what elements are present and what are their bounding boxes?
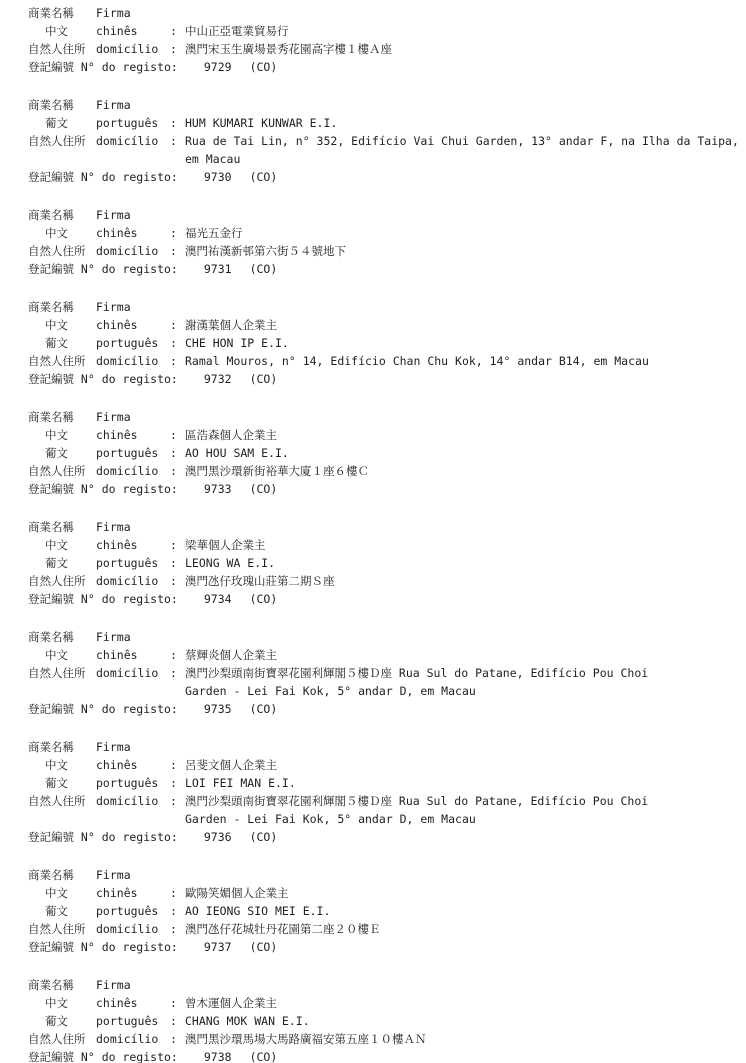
registry-entry: 商業名稱 Firma 中文 chinês : 謝漢葉個人企業主 葡文 portu… bbox=[0, 298, 746, 388]
colon-separator: : bbox=[170, 994, 185, 1012]
address-label-pt: domicílio bbox=[96, 920, 170, 938]
address-label-zh: 自然人住所 bbox=[28, 352, 96, 370]
firm-label-zh: 商業名稱 bbox=[28, 4, 96, 22]
portuguese-name-value: HUM KUMARI KUNWAR E.I. bbox=[185, 114, 746, 132]
registration-label: 登記編號 N° do registo: bbox=[28, 168, 178, 186]
registration-suffix: (CO) bbox=[250, 168, 278, 186]
portuguese-name-row: 葡文 português : LEONG WA E.I. bbox=[0, 554, 746, 572]
chinese-label-pt: chinês bbox=[96, 224, 170, 242]
portuguese-name-row: 葡文 português : CHE HON IP E.I. bbox=[0, 334, 746, 352]
colon-separator: : bbox=[170, 536, 185, 554]
portuguese-name-value: AO IEONG SIO MEI E.I. bbox=[185, 902, 746, 920]
chinese-label-zh: 中文 bbox=[28, 884, 96, 902]
registration-number: 9733 bbox=[204, 480, 232, 498]
portuguese-name-row: 葡文 português : CHANG MOK WAN E.I. bbox=[0, 1012, 746, 1030]
address-row: 自然人住所 domicílio : 澳門沙梨頭南街寶翠花園利輝閣５樓Ｄ座 Rua… bbox=[0, 664, 746, 682]
registration-label: 登記編號 N° do registo: bbox=[28, 590, 178, 608]
registration-number: 9731 bbox=[204, 260, 232, 278]
registration-label: 登記編號 N° do registo: bbox=[28, 1048, 178, 1063]
firm-label-pt: Firma bbox=[96, 206, 170, 224]
address-line: 澳門沙梨頭南街寶翠花園利輝閣５樓Ｄ座 Rua Sul do Patane, Ed… bbox=[185, 792, 746, 810]
colon-separator: : bbox=[170, 1030, 185, 1048]
colon-separator: : bbox=[170, 334, 185, 352]
address-line: 澳門祐漢新邨第六街５４號地下 bbox=[185, 242, 746, 260]
firm-header-row: 商業名稱 Firma bbox=[0, 206, 746, 224]
registry-entry: 商業名稱 Firma 中文 chinês : 歐陽笑媚個人企業主 葡文 port… bbox=[0, 866, 746, 956]
address-line: Garden - Lei Fai Kok, 5° andar D, em Mac… bbox=[185, 810, 746, 828]
firm-label-pt: Firma bbox=[96, 866, 170, 884]
portuguese-label-pt: português bbox=[96, 774, 170, 792]
portuguese-name-value: CHANG MOK WAN E.I. bbox=[185, 1012, 746, 1030]
registration-label: 登記編號 N° do registo: bbox=[28, 480, 178, 498]
chinese-name-value: 中山正亞電業貿易行 bbox=[185, 22, 746, 40]
colon-separator: : bbox=[170, 242, 185, 260]
colon-separator: : bbox=[170, 352, 185, 370]
chinese-name-row: 中文 chinês : 福光五金行 bbox=[0, 224, 746, 242]
firm-label-pt: Firma bbox=[96, 738, 170, 756]
registration-number: 9734 bbox=[204, 590, 232, 608]
firm-header-row: 商業名稱 Firma bbox=[0, 866, 746, 884]
address-continuation-indent bbox=[28, 150, 185, 168]
registration-suffix: (CO) bbox=[250, 58, 278, 76]
firm-header-row: 商業名稱 Firma bbox=[0, 738, 746, 756]
portuguese-label-zh: 葡文 bbox=[28, 334, 96, 352]
chinese-name-value: 梁華個人企業主 bbox=[185, 536, 746, 554]
chinese-name-row: 中文 chinês : 中山正亞電業貿易行 bbox=[0, 22, 746, 40]
address-row: 自然人住所 domicílio : 澳門氹仔玫瑰山莊第二期Ｓ座 bbox=[0, 572, 746, 590]
address-line: 澳門沙梨頭南街寶翠花園利輝閣５樓Ｄ座 Rua Sul do Patane, Ed… bbox=[185, 664, 746, 682]
registration-number: 9730 bbox=[204, 168, 232, 186]
firm-header-row: 商業名稱 Firma bbox=[0, 96, 746, 114]
address-line: 澳門宋玉生廣場景秀花園高字樓１樓Ａ座 bbox=[185, 40, 746, 58]
address-line: 澳門黑沙環新街裕華大廈１座６樓Ｃ bbox=[185, 462, 746, 480]
chinese-name-value: 蔡輝炎個人企業主 bbox=[185, 646, 746, 664]
registration-number: 9735 bbox=[204, 700, 232, 718]
registration-row: 登記編號 N° do registo: 9735 (CO) bbox=[0, 700, 746, 718]
chinese-label-pt: chinês bbox=[96, 22, 170, 40]
address-label-pt: domicílio bbox=[96, 1030, 170, 1048]
address-continuation-indent bbox=[28, 810, 185, 828]
address-label-zh: 自然人住所 bbox=[28, 242, 96, 260]
colon-separator: : bbox=[170, 132, 185, 150]
registration-number: 9729 bbox=[204, 58, 232, 76]
portuguese-label-zh: 葡文 bbox=[28, 774, 96, 792]
portuguese-label-pt: português bbox=[96, 554, 170, 572]
registry-entry: 商業名稱 Firma 中文 chinês : 中山正亞電業貿易行 自然人住所 d… bbox=[0, 4, 746, 76]
firm-header-row: 商業名稱 Firma bbox=[0, 408, 746, 426]
registration-suffix: (CO) bbox=[250, 260, 278, 278]
registration-suffix: (CO) bbox=[250, 480, 278, 498]
registration-row: 登記編號 N° do registo: 9736 (CO) bbox=[0, 828, 746, 846]
firm-header-row: 商業名稱 Firma bbox=[0, 298, 746, 316]
address-label-pt: domicílio bbox=[96, 792, 170, 810]
registration-suffix: (CO) bbox=[250, 370, 278, 388]
portuguese-label-zh: 葡文 bbox=[28, 902, 96, 920]
address-row: 自然人住所 domicílio : 澳門祐漢新邨第六街５４號地下 bbox=[0, 242, 746, 260]
registration-label: 登記編號 N° do registo: bbox=[28, 58, 178, 76]
chinese-label-zh: 中文 bbox=[28, 756, 96, 774]
colon-separator: : bbox=[170, 920, 185, 938]
firm-label-pt: Firma bbox=[96, 976, 170, 994]
address-label-zh: 自然人住所 bbox=[28, 1030, 96, 1048]
registry-entry: 商業名稱 Firma 中文 chinês : 梁華個人企業主 葡文 portug… bbox=[0, 518, 746, 608]
firm-label-zh: 商業名稱 bbox=[28, 96, 96, 114]
colon-separator: : bbox=[170, 774, 185, 792]
chinese-label-pt: chinês bbox=[96, 536, 170, 554]
address-label-zh: 自然人住所 bbox=[28, 792, 96, 810]
address-label-zh: 自然人住所 bbox=[28, 920, 96, 938]
registration-number: 9738 bbox=[204, 1048, 232, 1063]
portuguese-name-value: AO HOU SAM E.I. bbox=[185, 444, 746, 462]
firm-header-row: 商業名稱 Firma bbox=[0, 628, 746, 646]
registration-label: 登記編號 N° do registo: bbox=[28, 700, 178, 718]
address-continuation-indent bbox=[28, 682, 185, 700]
firm-header-row: 商業名稱 Firma bbox=[0, 976, 746, 994]
chinese-label-pt: chinês bbox=[96, 994, 170, 1012]
address-row: 自然人住所 domicílio : 澳門沙梨頭南街寶翠花園利輝閣５樓Ｄ座 Rua… bbox=[0, 792, 746, 810]
colon-separator: : bbox=[170, 646, 185, 664]
chinese-name-value: 歐陽笑媚個人企業主 bbox=[185, 884, 746, 902]
chinese-name-row: 中文 chinês : 曾木運個人企業主 bbox=[0, 994, 746, 1012]
firm-label-zh: 商業名稱 bbox=[28, 628, 96, 646]
firm-label-pt: Firma bbox=[96, 96, 170, 114]
address-label-zh: 自然人住所 bbox=[28, 664, 96, 682]
colon-separator: : bbox=[170, 756, 185, 774]
registration-label: 登記編號 N° do registo: bbox=[28, 370, 178, 388]
firm-label-zh: 商業名稱 bbox=[28, 738, 96, 756]
registration-number: 9732 bbox=[204, 370, 232, 388]
registration-row: 登記編號 N° do registo: 9733 (CO) bbox=[0, 480, 746, 498]
portuguese-name-row: 葡文 português : HUM KUMARI KUNWAR E.I. bbox=[0, 114, 746, 132]
chinese-name-row: 中文 chinês : 呂斐文個人企業主 bbox=[0, 756, 746, 774]
registration-label: 登記編號 N° do registo: bbox=[28, 828, 178, 846]
address-row: 自然人住所 domicílio : 澳門黑沙環新街裕華大廈１座６樓Ｃ bbox=[0, 462, 746, 480]
portuguese-label-pt: português bbox=[96, 334, 170, 352]
portuguese-name-value: CHE HON IP E.I. bbox=[185, 334, 746, 352]
chinese-label-pt: chinês bbox=[96, 426, 170, 444]
registration-row: 登記編號 N° do registo: 9730 (CO) bbox=[0, 168, 746, 186]
firm-header-row: 商業名稱 Firma bbox=[0, 4, 746, 22]
chinese-label-zh: 中文 bbox=[28, 994, 96, 1012]
address-label-pt: domicílio bbox=[96, 242, 170, 260]
portuguese-name-row: 葡文 português : AO IEONG SIO MEI E.I. bbox=[0, 902, 746, 920]
address-row: 自然人住所 domicílio : Ramal Mouros, n° 14, E… bbox=[0, 352, 746, 370]
chinese-name-value: 謝漢葉個人企業主 bbox=[185, 316, 746, 334]
registration-suffix: (CO) bbox=[250, 938, 278, 956]
registration-row: 登記編號 N° do registo: 9731 (CO) bbox=[0, 260, 746, 278]
chinese-label-zh: 中文 bbox=[28, 224, 96, 242]
registry-entry: 商業名稱 Firma 中文 chinês : 呂斐文個人企業主 葡文 portu… bbox=[0, 738, 746, 846]
address-label-zh: 自然人住所 bbox=[28, 462, 96, 480]
chinese-name-row: 中文 chinês : 蔡輝炎個人企業主 bbox=[0, 646, 746, 664]
portuguese-label-pt: português bbox=[96, 114, 170, 132]
colon-separator: : bbox=[170, 884, 185, 902]
colon-separator: : bbox=[170, 316, 185, 334]
firm-label-pt: Firma bbox=[96, 298, 170, 316]
registration-number: 9737 bbox=[204, 938, 232, 956]
registry-entry: 商業名稱 Firma 中文 chinês : 蔡輝炎個人企業主 自然人住所 do… bbox=[0, 628, 746, 718]
colon-separator: : bbox=[170, 444, 185, 462]
colon-separator: : bbox=[170, 1012, 185, 1030]
registration-suffix: (CO) bbox=[250, 1048, 278, 1063]
portuguese-label-zh: 葡文 bbox=[28, 444, 96, 462]
address-row: 自然人住所 domicílio : 澳門宋玉生廣場景秀花園高字樓１樓Ａ座 bbox=[0, 40, 746, 58]
colon-separator: : bbox=[170, 22, 185, 40]
registration-label: 登記編號 N° do registo: bbox=[28, 260, 178, 278]
chinese-label-pt: chinês bbox=[96, 646, 170, 664]
colon-separator: : bbox=[170, 114, 185, 132]
firm-label-zh: 商業名稱 bbox=[28, 866, 96, 884]
registration-row: 登記編號 N° do registo: 9737 (CO) bbox=[0, 938, 746, 956]
colon-separator: : bbox=[170, 792, 185, 810]
address-row: 自然人住所 domicílio : 澳門黑沙環馬場大馬路廣福安第五座１０樓ＡＮ bbox=[0, 1030, 746, 1048]
chinese-label-zh: 中文 bbox=[28, 536, 96, 554]
address-row: 自然人住所 domicílio : Rua de Tai Lin, n° 352… bbox=[0, 132, 746, 150]
chinese-label-pt: chinês bbox=[96, 884, 170, 902]
registration-suffix: (CO) bbox=[250, 828, 278, 846]
portuguese-label-zh: 葡文 bbox=[28, 114, 96, 132]
chinese-label-pt: chinês bbox=[96, 756, 170, 774]
colon-separator: : bbox=[170, 554, 185, 572]
firm-label-zh: 商業名稱 bbox=[28, 518, 96, 536]
registration-label: 登記編號 N° do registo: bbox=[28, 938, 178, 956]
chinese-name-row: 中文 chinês : 梁華個人企業主 bbox=[0, 536, 746, 554]
chinese-name-row: 中文 chinês : 歐陽笑媚個人企業主 bbox=[0, 884, 746, 902]
firm-label-zh: 商業名稱 bbox=[28, 206, 96, 224]
firm-label-zh: 商業名稱 bbox=[28, 408, 96, 426]
colon-separator: : bbox=[170, 462, 185, 480]
chinese-name-value: 福光五金行 bbox=[185, 224, 746, 242]
address-line: 澳門氹仔花城牡丹花園第二座２０樓Ｅ bbox=[185, 920, 746, 938]
portuguese-label-zh: 葡文 bbox=[28, 554, 96, 572]
address-line: 澳門氹仔玫瑰山莊第二期Ｓ座 bbox=[185, 572, 746, 590]
portuguese-label-zh: 葡文 bbox=[28, 1012, 96, 1030]
chinese-name-value: 呂斐文個人企業主 bbox=[185, 756, 746, 774]
chinese-label-zh: 中文 bbox=[28, 426, 96, 444]
registration-number: 9736 bbox=[204, 828, 232, 846]
chinese-name-row: 中文 chinês : 謝漢葉個人企業主 bbox=[0, 316, 746, 334]
address-label-zh: 自然人住所 bbox=[28, 132, 96, 150]
firm-header-row: 商業名稱 Firma bbox=[0, 518, 746, 536]
chinese-name-row: 中文 chinês : 區浩森個人企業主 bbox=[0, 426, 746, 444]
firm-label-pt: Firma bbox=[96, 408, 170, 426]
portuguese-name-row: 葡文 português : LOI FEI MAN E.I. bbox=[0, 774, 746, 792]
chinese-label-zh: 中文 bbox=[28, 316, 96, 334]
address-line: em Macau bbox=[185, 150, 746, 168]
portuguese-name-value: LOI FEI MAN E.I. bbox=[185, 774, 746, 792]
address-label-pt: domicílio bbox=[96, 40, 170, 58]
address-label-pt: domicílio bbox=[96, 664, 170, 682]
portuguese-name-row: 葡文 português : AO HOU SAM E.I. bbox=[0, 444, 746, 462]
chinese-name-value: 曾木運個人企業主 bbox=[185, 994, 746, 1012]
chinese-label-zh: 中文 bbox=[28, 646, 96, 664]
registration-row: 登記編號 N° do registo: 9734 (CO) bbox=[0, 590, 746, 608]
address-label-zh: 自然人住所 bbox=[28, 40, 96, 58]
registry-entry: 商業名稱 Firma 中文 chinês : 區浩森個人企業主 葡文 portu… bbox=[0, 408, 746, 498]
colon-separator: : bbox=[170, 572, 185, 590]
address-label-zh: 自然人住所 bbox=[28, 572, 96, 590]
portuguese-name-value: LEONG WA E.I. bbox=[185, 554, 746, 572]
portuguese-label-pt: português bbox=[96, 902, 170, 920]
address-line: Rua de Tai Lin, n° 352, Edifício Vai Chu… bbox=[185, 132, 746, 150]
registration-row: 登記編號 N° do registo: 9729 (CO) bbox=[0, 58, 746, 76]
address-label-pt: domicílio bbox=[96, 352, 170, 370]
colon-separator: : bbox=[170, 664, 185, 682]
registry-entry: 商業名稱 Firma 葡文 português : HUM KUMARI KUN… bbox=[0, 96, 746, 186]
registry-entry: 商業名稱 Firma 中文 chinês : 福光五金行 自然人住所 domic… bbox=[0, 206, 746, 278]
chinese-label-zh: 中文 bbox=[28, 22, 96, 40]
firm-label-zh: 商業名稱 bbox=[28, 298, 96, 316]
registry-document-page: 商業名稱 Firma 中文 chinês : 中山正亞電業貿易行 自然人住所 d… bbox=[0, 0, 746, 1063]
colon-separator: : bbox=[170, 40, 185, 58]
address-label-pt: domicílio bbox=[96, 572, 170, 590]
colon-separator: : bbox=[170, 224, 185, 242]
address-continuation-row: Garden - Lei Fai Kok, 5° andar D, em Mac… bbox=[0, 810, 746, 828]
portuguese-label-pt: português bbox=[96, 1012, 170, 1030]
address-line: Ramal Mouros, n° 14, Edifício Chan Chu K… bbox=[185, 352, 746, 370]
registration-row: 登記編號 N° do registo: 9738 (CO) bbox=[0, 1048, 746, 1063]
firm-label-pt: Firma bbox=[96, 518, 170, 536]
chinese-label-pt: chinês bbox=[96, 316, 170, 334]
registration-suffix: (CO) bbox=[250, 590, 278, 608]
address-line: Garden - Lei Fai Kok, 5° andar D, em Mac… bbox=[185, 682, 746, 700]
address-label-pt: domicílio bbox=[96, 462, 170, 480]
address-row: 自然人住所 domicílio : 澳門氹仔花城牡丹花園第二座２０樓Ｅ bbox=[0, 920, 746, 938]
firm-label-pt: Firma bbox=[96, 4, 170, 22]
registration-row: 登記編號 N° do registo: 9732 (CO) bbox=[0, 370, 746, 388]
address-line: 澳門黑沙環馬場大馬路廣福安第五座１０樓ＡＮ bbox=[185, 1030, 746, 1048]
colon-separator: : bbox=[170, 426, 185, 444]
portuguese-label-pt: português bbox=[96, 444, 170, 462]
address-continuation-row: em Macau bbox=[0, 150, 746, 168]
firm-label-pt: Firma bbox=[96, 628, 170, 646]
colon-separator: : bbox=[170, 902, 185, 920]
registry-entry: 商業名稱 Firma 中文 chinês : 曾木運個人企業主 葡文 portu… bbox=[0, 976, 746, 1063]
address-label-pt: domicílio bbox=[96, 132, 170, 150]
firm-label-zh: 商業名稱 bbox=[28, 976, 96, 994]
address-continuation-row: Garden - Lei Fai Kok, 5° andar D, em Mac… bbox=[0, 682, 746, 700]
registration-suffix: (CO) bbox=[250, 700, 278, 718]
chinese-name-value: 區浩森個人企業主 bbox=[185, 426, 746, 444]
